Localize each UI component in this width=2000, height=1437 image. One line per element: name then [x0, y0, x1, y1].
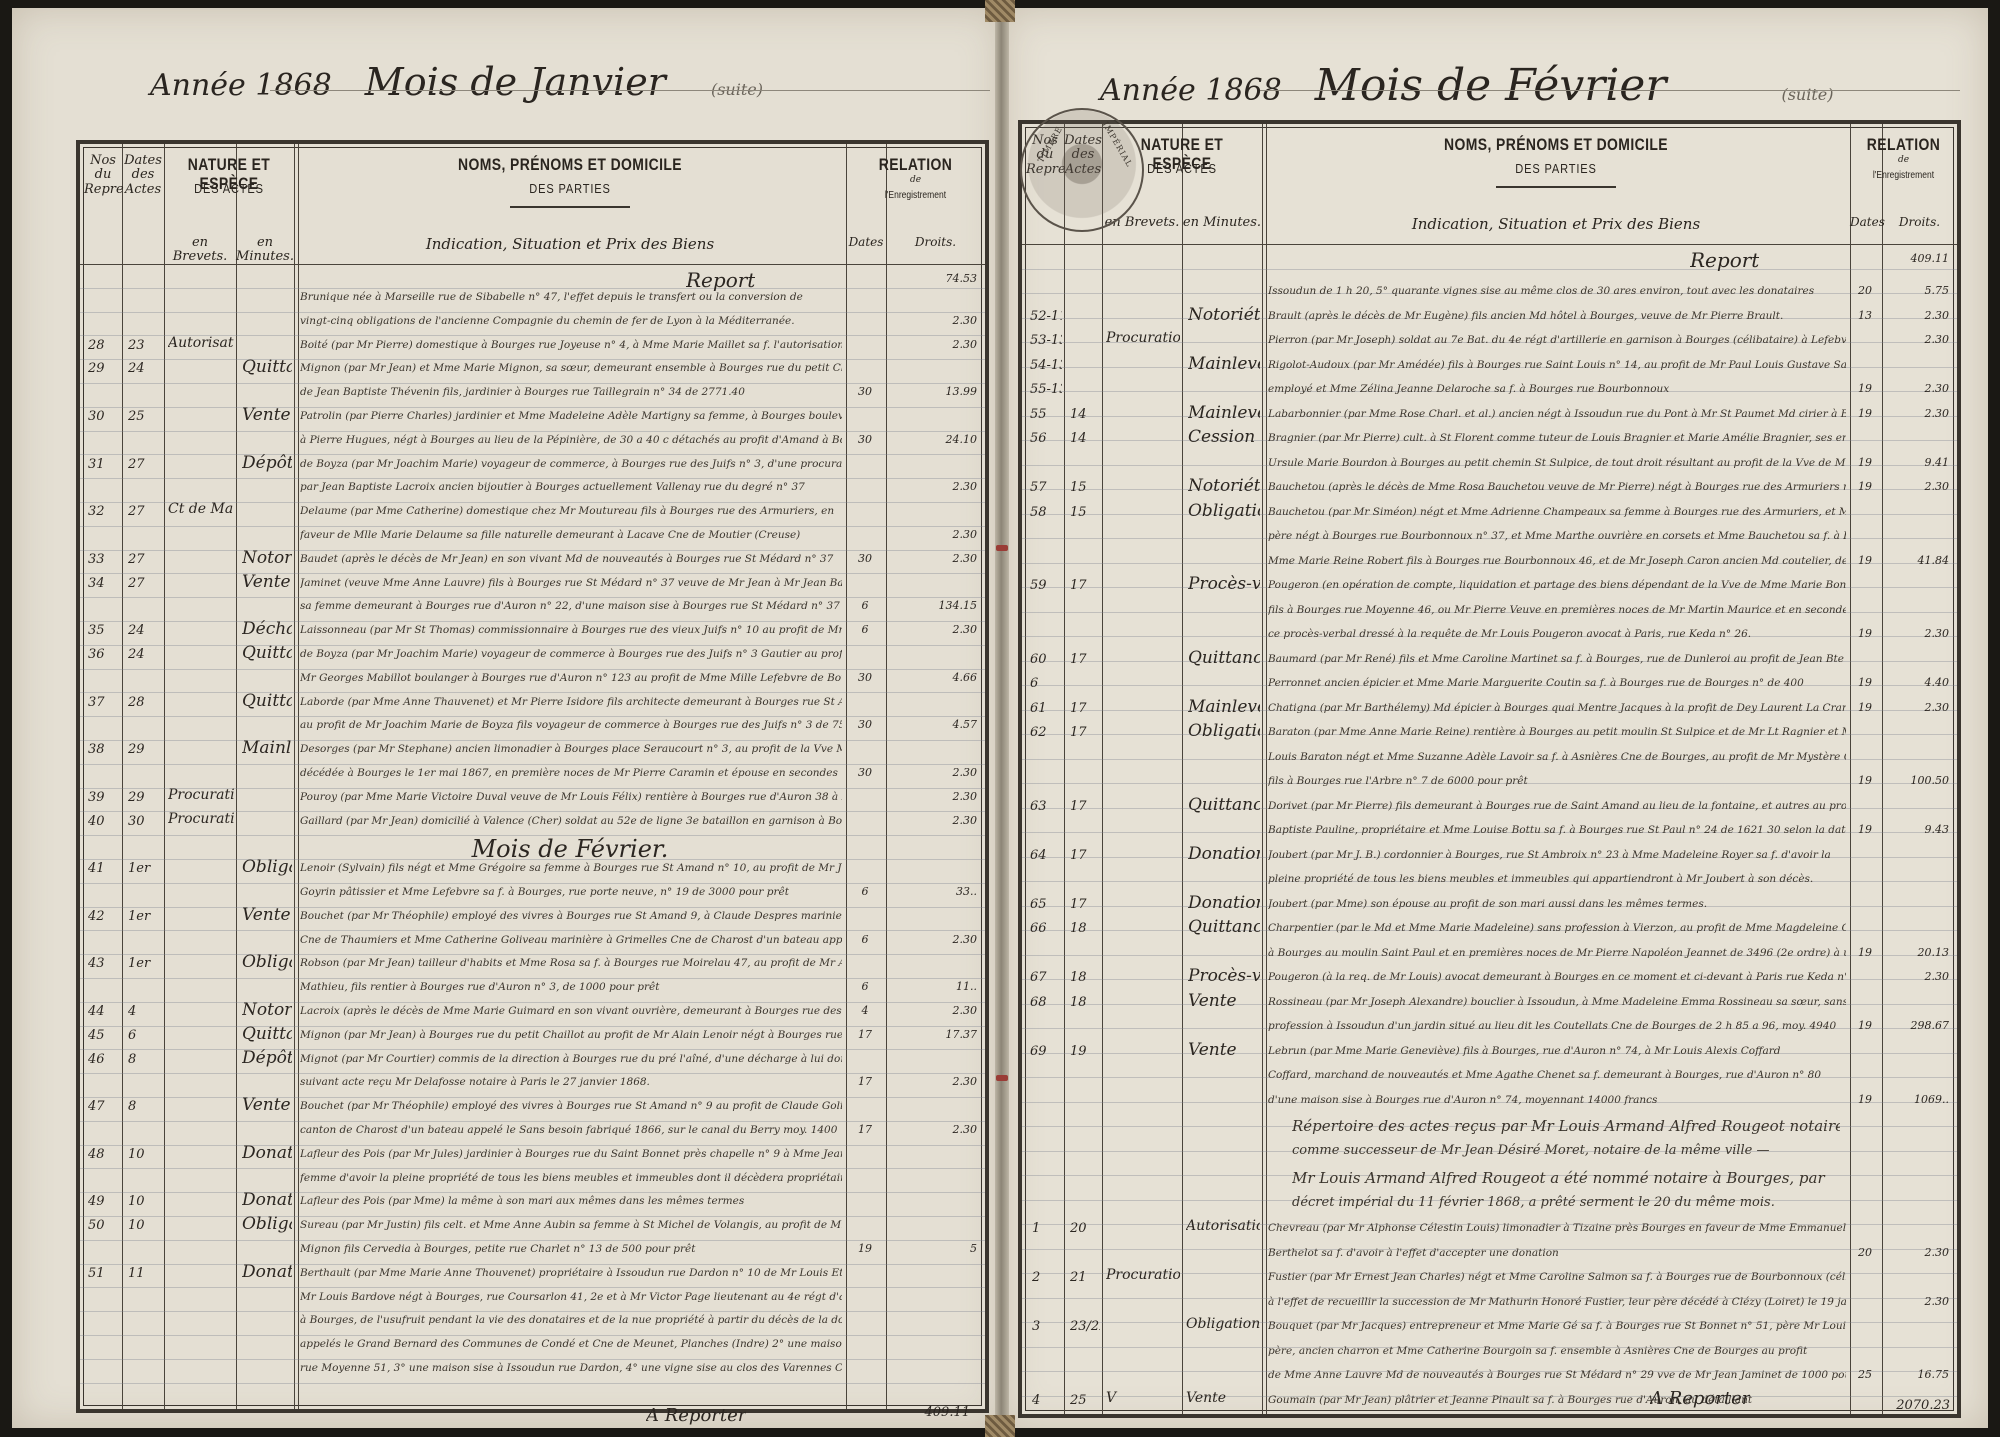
report-amount: 409.11 [1882, 252, 1949, 265]
repertoire-number: 32 [88, 504, 120, 519]
year-label: Année 1868 [1100, 73, 1282, 108]
parties-text: au profit de Mr Joachim Marie de Boyza f… [300, 719, 842, 731]
parties-text: Bouchet (par Mr Théophile) employé des v… [300, 910, 842, 922]
act-date: 17 [1070, 701, 1100, 716]
act-date: 17 [1070, 652, 1100, 667]
repertoire-number: 38 [88, 742, 120, 757]
registration-date: 17 [848, 1123, 882, 1136]
registration-fee: 2.30 [1884, 701, 1949, 714]
repertoire-number: 67 [1030, 970, 1062, 985]
parties-text: faveur de Mlle Marie Delaume sa fille na… [300, 529, 842, 541]
header-rel-droits: Droits. [1882, 216, 1957, 229]
act-date: 17 [1070, 799, 1100, 814]
suite-label: (suite) [1781, 85, 1833, 104]
parties-text: de Boyza (par Mr Joachim Marie) voyageur… [300, 458, 842, 470]
nature-minute: Dépôt [242, 453, 292, 473]
parties-text: Mignon (par Mr Jean) à Bourges rue du pe… [300, 1029, 842, 1041]
repertoire-number: 42 [88, 909, 120, 924]
repertoire-number: 49 [88, 1194, 120, 1209]
header-divider [1022, 244, 1957, 245]
parties-text: Pougeron (en opération de compte, liquid… [1268, 579, 1846, 591]
repertoire-number: 63 [1030, 799, 1062, 814]
repertoire-number: 44 [88, 1004, 120, 1019]
ruled-line [80, 1287, 985, 1288]
registration-date: 25 [1852, 1368, 1878, 1381]
report-label: Report [1690, 248, 1759, 272]
act-date: 11 [128, 1266, 162, 1281]
registration-fee: 5.75 [1884, 284, 1949, 297]
parties-text: Perronnet ancien épicier et Mme Marie Ma… [1268, 677, 1846, 689]
ruled-line [80, 407, 985, 408]
repertoire-number: 36 [88, 647, 120, 662]
act-date: 1er [128, 861, 162, 876]
parties-text: canton de Charost d'un bateau appelé le … [300, 1124, 842, 1136]
repertoire-number: 51 [88, 1266, 120, 1281]
registration-fee: 2.30 [888, 623, 977, 636]
parties-text: Goyrin pâtissier et Mme Lefebvre sa f. à… [300, 886, 842, 898]
nature-minute: Vente [242, 405, 292, 425]
registration-date: 19 [1852, 554, 1878, 567]
registration-date: 19 [1852, 382, 1878, 395]
act-date: 21 [1070, 1270, 1100, 1285]
repertoire-number: 64 [1030, 848, 1062, 863]
nature-minute: Dépôt de Décharge [242, 1048, 292, 1068]
parties-text: femme d'avoir la pleine propriété de tou… [300, 1172, 842, 1184]
parties-text: pleine propriété de tous les biens meubl… [1268, 873, 1846, 885]
parties-text: Baraton (par Mme Anne Marie Reine) renti… [1268, 726, 1846, 738]
stamp-text-left: TIMBRE [1036, 125, 1064, 165]
report-amount: 74.53 [886, 272, 977, 285]
ruled-line [80, 573, 985, 574]
header-noms-sub: DES PARTIES [1306, 162, 1806, 176]
ruled-line [80, 621, 985, 622]
nature-minute: Mainlevée [1188, 354, 1260, 374]
nature-minute: Obligation [1188, 501, 1260, 521]
book-gutter [995, 0, 1009, 1437]
registration-date: 19 [1852, 1019, 1878, 1032]
parties-text: Boité (par Mr Pierre) domestique à Bourg… [300, 339, 842, 351]
header-dates: Dates des Actes [122, 154, 164, 197]
act-date: 14 [1070, 431, 1100, 446]
registration-date: 30 [848, 718, 882, 731]
ruled-line [80, 1311, 985, 1312]
nature-minute: Donation [242, 1262, 292, 1282]
parties-text: Joubert (par Mr J. B.) cordonnier à Bour… [1268, 849, 1846, 861]
parties-text: Bragnier (par Mr Pierre) cult. à St Flor… [1268, 432, 1846, 444]
parties-text: Laissonneau (par Mr St Thomas) commissio… [300, 624, 842, 636]
parties-text: Bauchetou (après le décès de Mme Rosa Ba… [1268, 481, 1846, 493]
repertoire-number: 53-13 [1030, 333, 1062, 348]
repertoire-number: 47 [88, 1099, 120, 1114]
registration-date: 19 [1852, 823, 1878, 836]
ruled-line [80, 1145, 985, 1146]
ruled-line [80, 954, 985, 955]
parties-text: Laborde (par Mme Anne Thauvenet) et Mr P… [300, 696, 842, 708]
repertoire-number: 56 [1030, 431, 1062, 446]
act-date: 17 [1070, 848, 1100, 863]
act-date: 27 [128, 504, 162, 519]
act-date: 24 [128, 361, 162, 376]
registration-date: 30 [848, 385, 882, 398]
registration-fee: 2.30 [888, 1075, 977, 1088]
parties-text: Delaume (par Mme Catherine) domestique c… [300, 505, 842, 517]
registration-date: 17 [848, 1028, 882, 1041]
ruled-line [80, 478, 985, 479]
parties-text: de Jean Baptiste Thévenin fils, jardinie… [300, 386, 842, 398]
ruled-line [80, 1216, 985, 1217]
registration-fee: 24.10 [888, 433, 977, 446]
ruled-line [80, 740, 985, 741]
registration-fee: 2.30 [888, 933, 977, 946]
nature-minute: Cession de Bail [1188, 427, 1260, 447]
ruled-line [1022, 269, 1957, 270]
month-label: Mois de Février [1315, 60, 1667, 111]
parties-text: à Bourges, de l'usufruit pendant la vie … [300, 1314, 842, 1326]
registration-date: 30 [848, 671, 882, 684]
parties-text: Mathieu, fils rentier à Bourges rue d'Au… [300, 981, 842, 993]
act-date: 10 [128, 1147, 162, 1162]
parties-text: Sureau (par Mr Justin) fils celt. et Mme… [300, 1219, 842, 1231]
nature-minute: Procès-verbal de lecture [1188, 966, 1260, 986]
parties-text: Lebrun (par Mme Marie Geneviève) fils à … [1268, 1045, 1846, 1057]
month-label: Mois de Janvier [365, 60, 666, 104]
parties-text: père, ancien charron et Mme Catherine Bo… [1268, 1345, 1846, 1357]
parties-text: Mr Georges Mabillot boulanger à Bourges … [300, 672, 842, 684]
binding-thread-top [985, 0, 1015, 22]
parties-text: Berthelot sa f. d'avoir à l'effet d'acce… [1268, 1247, 1846, 1259]
nature-minute: Obligation [1186, 1316, 1260, 1332]
registration-fee: 2.30 [888, 314, 977, 327]
nature-minute: Quittance [1188, 648, 1260, 668]
a-reporter-amount: 2070.23 [1870, 1398, 1950, 1413]
column-divider [846, 144, 847, 1409]
registration-fee: 2.30 [1884, 1246, 1949, 1259]
parties-text: Charpentier (par le Md et Mme Marie Made… [1268, 922, 1846, 934]
act-date: 24 [128, 623, 162, 638]
parties-text: rue Moyenne 51, 3° une maison sise à Iss… [300, 1362, 842, 1374]
ruled-line [80, 312, 985, 313]
nature-minute: Donation [1188, 844, 1260, 864]
parties-text: Dorivet (par Mr Pierre) fils demeurant à… [1268, 800, 1846, 812]
header-en-minutes: en Minutes. [236, 236, 294, 265]
nature-minute: Obligation [242, 857, 292, 877]
registration-date: 19 [1852, 701, 1878, 714]
a-reporter-amount: 409.11 [880, 1405, 970, 1420]
registration-date: 30 [848, 433, 882, 446]
nature-minute: Notoriété [1188, 476, 1260, 496]
parties-text: à Pierre Hugues, négt à Bourges au lieu … [300, 434, 842, 446]
ruled-line [80, 359, 985, 360]
parties-text: ce procès-verbal dressé à la requête de … [1268, 628, 1846, 640]
column-divider [886, 144, 887, 1409]
repertoire-number: 60 [1030, 652, 1062, 667]
month-heading: Mois de Février. [294, 835, 846, 863]
registration-date: 19 [1852, 456, 1878, 469]
registration-fee: 2.30 [888, 1123, 977, 1136]
nature-minute: Donation [242, 1190, 292, 1210]
registration-date: 6 [848, 885, 882, 898]
nature-minute: Quittance [1188, 795, 1260, 815]
repertoire-number: 1 [1032, 1221, 1040, 1236]
registration-fee: 2.30 [1884, 382, 1949, 395]
parties-text: Lafleur des Pois (par Mme) la même à son… [300, 1195, 842, 1207]
repertoire-number: 37 [88, 695, 120, 710]
ruled-line [80, 597, 985, 598]
repertoire-number: 66 [1030, 921, 1062, 936]
act-date: 14 [1070, 407, 1100, 422]
header-noms: NOMS, PRÉNOMS ET DOMICILE [1315, 136, 1797, 155]
header-noms: NOMS, PRÉNOMS ET DOMICILE [344, 156, 797, 175]
repertoire-number: 28 [88, 338, 120, 353]
nature-minute: Quittance [242, 1024, 292, 1044]
nature-minute: Quittance [242, 357, 292, 377]
header-relation-de: de [1850, 156, 1957, 166]
header-relation: RELATION [859, 156, 973, 175]
nature-minute: Notoriété [242, 1000, 292, 1020]
ruled-line [80, 764, 985, 765]
parties-text: vingt-cinq obligations de l'ancienne Com… [300, 315, 842, 327]
registration-date: 19 [1852, 407, 1878, 420]
nature-minute: Notoriété [1188, 305, 1260, 325]
ruled-line [80, 1192, 985, 1193]
registration-fee: 9.41 [1884, 456, 1949, 469]
column-divider [236, 144, 237, 1409]
header-indication: Indication, Situation et Prix des Biens [1262, 216, 1850, 233]
repertoire-number: 41 [88, 861, 120, 876]
registration-fee: 2.30 [888, 480, 977, 493]
act-date: 17 [1070, 578, 1100, 593]
nature-minute: Procès-verbal d'ouverture [1188, 574, 1260, 594]
parties-text: employé et Mme Zélina Jeanne Delaroche s… [1268, 383, 1846, 395]
registration-fee: 2.30 [888, 1004, 977, 1017]
act-date: 18 [1070, 921, 1100, 936]
repertoire-number: 6 [1030, 676, 1062, 691]
repertoire-number: 39 [88, 790, 120, 805]
repertoire-number: 62 [1030, 725, 1062, 740]
parties-text: d'une maison sise à Bourges rue d'Auron … [1268, 1094, 1846, 1106]
ruled-line [80, 907, 985, 908]
nature-minute: Donation [242, 1143, 292, 1163]
repertoire-number: 58 [1030, 505, 1062, 520]
repertoire-number: 29 [88, 361, 120, 376]
parties-text: Issoudun de 1 h 20, 5° quarante vignes s… [1268, 285, 1846, 297]
nature-minute: Obligation [242, 952, 292, 972]
parties-text: Fustier (par Mr Ernest Jean Charles) nég… [1268, 1271, 1846, 1283]
notary-notice-line: comme successeur de Mr Jean Désiré Moret… [1292, 1143, 1840, 1158]
notary-notice-line: décret impérial du 11 février 1868, a pr… [1292, 1195, 1840, 1210]
nature-brevet: Procuration [1106, 1267, 1180, 1283]
parties-text: fils à Bourges rue Moyenne 46, ou Mr Pie… [1268, 604, 1846, 616]
nature-minute: Vente [1186, 1390, 1260, 1406]
repertoire-number: 35 [88, 623, 120, 638]
act-date: 18 [1070, 970, 1100, 985]
repertoire-number: 54-13 [1030, 358, 1062, 373]
repertoire-number: 33 [88, 552, 120, 567]
parties-text: père négt à Bourges rue Bourbonnoux n° 3… [1268, 530, 1846, 542]
ruled-line [80, 883, 985, 884]
parties-text: à Bourges au moulin Saint Paul et en pre… [1268, 947, 1846, 959]
parties-text: Coffard, marchand de nouveautés et Mme A… [1268, 1069, 1846, 1081]
act-date: 30 [128, 814, 162, 829]
repertoire-number: 2 [1032, 1270, 1040, 1285]
act-date: 29 [128, 790, 162, 805]
registration-date: 19 [1852, 946, 1878, 959]
repertoire-number: 68 [1030, 995, 1062, 1010]
ruled-line [80, 454, 985, 455]
header-relation-sub: l'Enregistrement [1858, 170, 1949, 181]
parties-text: de Mme Anne Lauvre Md de nouveautés à Bo… [1268, 1369, 1846, 1381]
parties-text: Gaillard (par Mr Jean) domicilié à Valen… [300, 815, 842, 827]
registration-fee: 17.37 [888, 1028, 977, 1041]
registration-fee: 5 [888, 1242, 977, 1255]
left-page-title: Année 1868 Mois de Janvier (suite) [150, 60, 763, 104]
parties-text: Lenoir (Sylvain) fils négt et Mme Grégoi… [300, 862, 842, 874]
ruled-line [80, 1097, 985, 1098]
parties-text: Rossineau (par Mr Joseph Alexandre) bouc… [1268, 996, 1846, 1008]
parties-text: Brunique née à Marseille rue de Sibabell… [300, 291, 842, 303]
act-date: 18 [1070, 995, 1100, 1010]
repertoire-number: 45 [88, 1028, 120, 1043]
right-register-table: Nos du RepreDates des ActesNATURE ET ESP… [1018, 120, 1961, 1418]
registration-date: 19 [848, 1242, 882, 1255]
title-rule [270, 90, 990, 91]
registration-fee: 2.30 [1884, 970, 1949, 983]
notary-notice-line: Mr Louis Armand Alfred Rougeot a été nom… [1292, 1169, 1840, 1187]
repertoire-number: 43 [88, 956, 120, 971]
column-divider [164, 144, 165, 1409]
parties-text: Patrolin (par Pierre Charles) jardinier … [300, 410, 842, 422]
registration-fee: 2.30 [1884, 407, 1949, 420]
parties-text: Baumard (par Mr René) fils et Mme Caroli… [1268, 653, 1846, 665]
nature-minute: Autorisation maritale [1186, 1218, 1260, 1234]
parties-text: Brault (après le décès de Mr Eugène) fil… [1268, 310, 1846, 322]
ruled-line [80, 978, 985, 979]
registration-fee: 4.66 [888, 671, 977, 684]
parties-text: Baudet (après le décès de Mr Jean) en so… [300, 553, 842, 565]
act-date: 1er [128, 956, 162, 971]
ruled-line [80, 692, 985, 693]
ruled-line [80, 1168, 985, 1169]
parties-text: Chevreau (par Mr Alphonse Célestin Louis… [1268, 1222, 1846, 1234]
ruled-line [80, 550, 985, 551]
repertoire-number: 40 [88, 814, 120, 829]
nature-minute: Quittance [242, 691, 292, 711]
parties-text: Cne de Thaumiers et Mme Catherine Golive… [300, 934, 842, 946]
parties-text: Labarbonnier (par Mme Rose Charl. et al.… [1268, 408, 1846, 420]
repertoire-number: 46 [88, 1052, 120, 1067]
a-reporter-label: A Reporter [1650, 1388, 1750, 1409]
ruled-line [80, 645, 985, 646]
registration-date: 6 [848, 980, 882, 993]
act-date: 17 [1070, 897, 1100, 912]
registration-fee: 20.13 [1884, 946, 1949, 959]
parties-text: Louis Baraton négt et Mme Suzanne Adèle … [1268, 751, 1846, 763]
ruled-line [80, 1121, 985, 1122]
registration-date: 6 [848, 623, 882, 636]
repertoire-number: 4 [1032, 1393, 1040, 1408]
report-label: Report [686, 268, 755, 292]
nature-minute: Vente [242, 1095, 292, 1115]
parties-text: Chatigna (par Mr Barthélemy) Md épicier … [1268, 702, 1846, 714]
ruled-line [80, 288, 985, 289]
ruled-line [80, 526, 985, 527]
parties-text: sa femme demeurant à Bourges rue d'Auron… [300, 600, 842, 612]
nature-brevet: Autorisat. maritale [168, 335, 234, 351]
parties-text: Bouquet (par Mr Jacques) entrepreneur et… [1268, 1320, 1846, 1332]
header-relation-sub: l'Enregistrement [856, 190, 974, 201]
repertoire-number: 57 [1030, 480, 1062, 495]
registration-fee: 41.84 [1884, 554, 1949, 567]
column-divider [294, 144, 299, 1409]
act-date: 27 [128, 552, 162, 567]
nature-brevet: Procuration [1106, 330, 1180, 346]
parties-text: Bauchetou (par Mr Siméon) négt et Mme Ad… [1268, 506, 1846, 518]
header-rel-dates: Dates [1850, 216, 1882, 229]
parties-text: Goumain (par Mr Jean) plâtrier et Jeanne… [1268, 1394, 1846, 1406]
repertoire-number: 48 [88, 1147, 120, 1162]
header-en-brevets: en Brevets. [164, 236, 236, 265]
ruled-line [80, 1264, 985, 1265]
registration-date: 19 [1852, 1093, 1878, 1106]
header-indication: Indication, Situation et Prix des Biens [294, 236, 846, 253]
registration-fee: 2.30 [888, 338, 977, 351]
parties-text: Mignon (par Mr Jean) et Mme Marie Mignon… [300, 362, 842, 374]
act-date: 10 [128, 1218, 162, 1233]
parties-text: Desorges (par Mr Stephane) ancien limona… [300, 743, 842, 755]
repertoire-number: 65 [1030, 897, 1062, 912]
repertoire-number: 50 [88, 1218, 120, 1233]
nature-minute: Mainlevée [242, 738, 292, 758]
nature-minute: Vente [1188, 991, 1260, 1011]
nature-brevet: Procuration [168, 811, 234, 827]
parties-text: Berthault (par Mme Marie Anne Thouvenet)… [300, 1267, 842, 1279]
nature-brevet: Ct de Mariage [168, 501, 234, 517]
repertoire-number: 30 [88, 409, 120, 424]
parties-text: Ursule Marie Bourdon à Bourges au petit … [1268, 457, 1846, 469]
nature-minute: Mainlevée [1188, 697, 1260, 717]
act-date: 29 [128, 742, 162, 757]
repertoire-number: 59 [1030, 578, 1062, 593]
nature-minute: Vente [242, 905, 292, 925]
parties-text: appelés le Grand Bernard des Communes de… [300, 1338, 842, 1350]
registration-fee: 2.30 [1884, 627, 1949, 640]
ruled-line [80, 1026, 985, 1027]
act-date: 23 [128, 338, 162, 353]
registration-date: 30 [848, 766, 882, 779]
parties-text: Lafleur des Pois (par Mr Jules) jardinie… [300, 1148, 842, 1160]
act-date: 19 [1070, 1044, 1100, 1059]
parties-text: Lacroix (après le décès de Mme Marie Gui… [300, 1005, 842, 1017]
ruled-line [80, 716, 985, 717]
parties-text: Baptiste Pauline, propriétaire et Mme Lo… [1268, 824, 1846, 836]
registration-fee: 2.30 [888, 814, 977, 827]
registration-date: 6 [848, 599, 882, 612]
registration-date: 20 [1852, 1246, 1878, 1259]
registration-date: 20 [1852, 284, 1878, 297]
header-num: Nos du Repre [84, 154, 122, 197]
act-date: 24 [128, 647, 162, 662]
binding-thread-bottom [985, 1415, 1015, 1437]
nature-minute: Vente [1188, 1040, 1260, 1060]
registration-fee: 1069.. [1884, 1093, 1949, 1106]
ruled-line [80, 1383, 985, 1384]
nature-minute: Vente [242, 572, 292, 592]
ruled-line [80, 1240, 985, 1241]
header-rule [510, 206, 630, 208]
registration-fee: 9.43 [1884, 823, 1949, 836]
act-date: 27 [128, 457, 162, 472]
repertoire-number: 52-11 [1030, 309, 1062, 324]
